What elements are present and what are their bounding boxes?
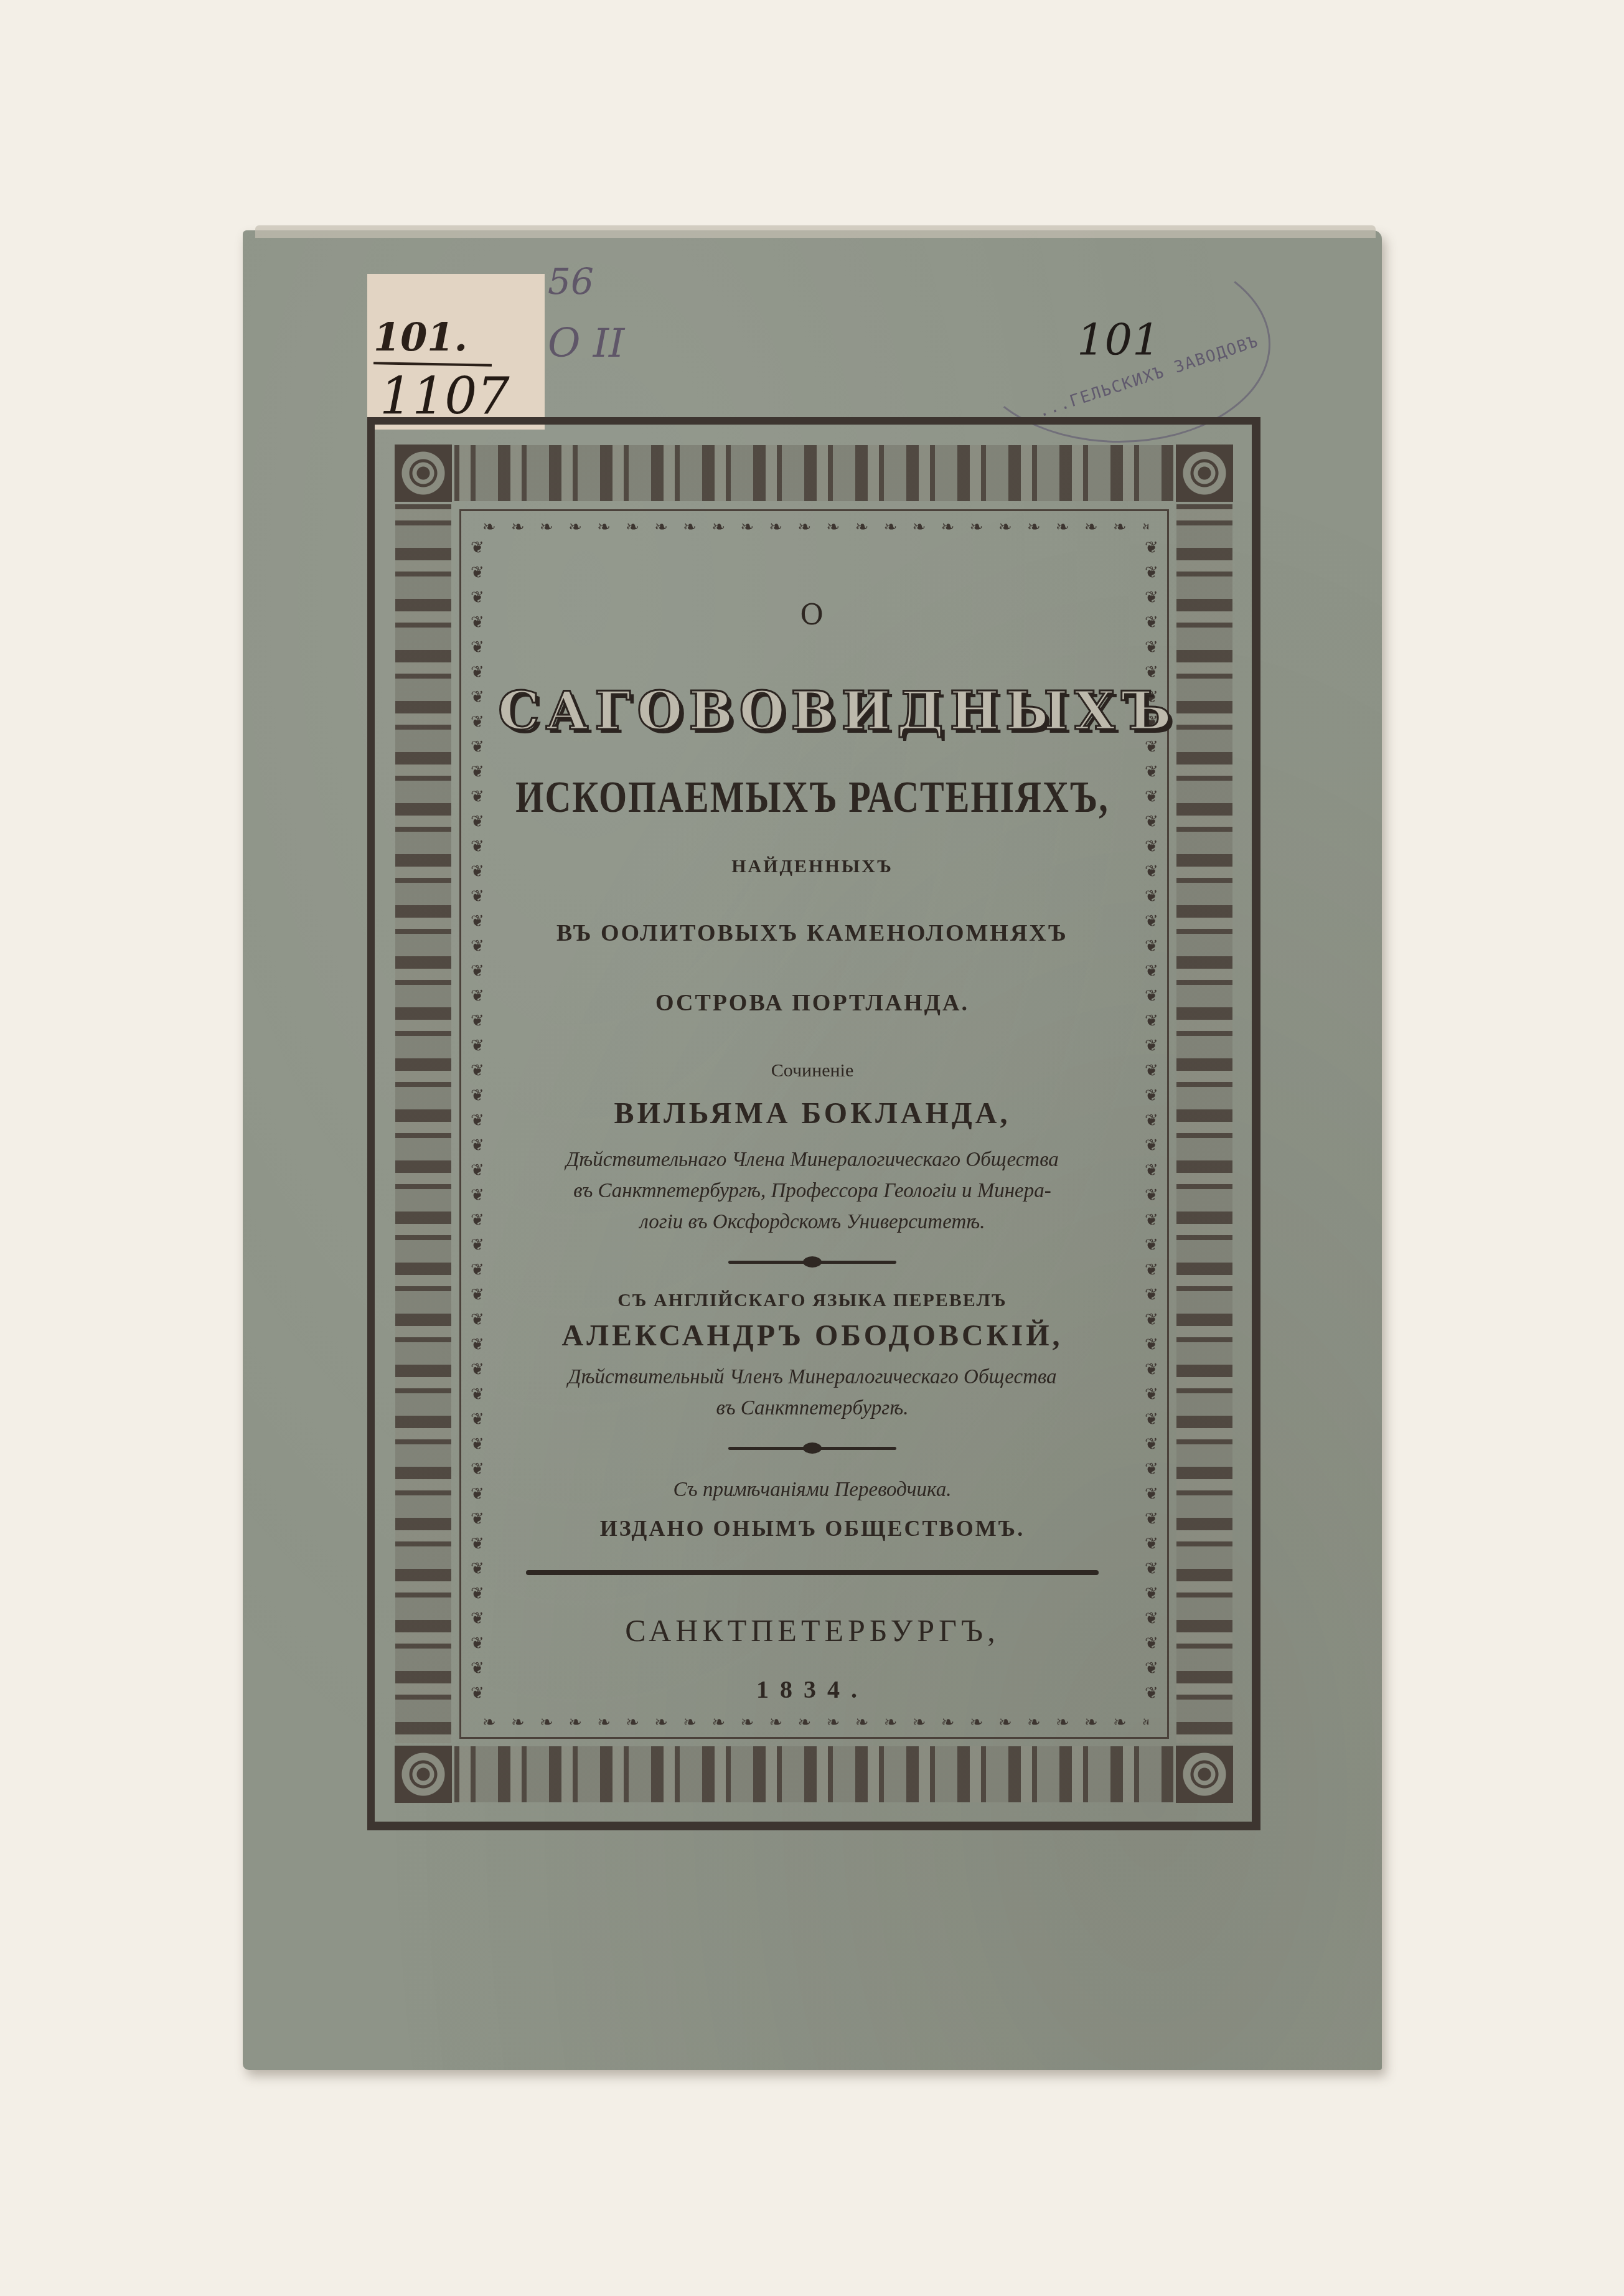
translator-titles: Дѣйствительный Членъ Минералогическаго О… [498,1362,1127,1424]
notes-line: Съ примѣчаніями Переводчика. [498,1479,1127,1502]
long-divider [526,1570,1099,1575]
location-line-1: ВЪ ООЛИТОВЫХЪ КАМЕНОЛОМНЯХЪ [498,920,1127,947]
works-label: Сочиненіе [498,1060,1127,1081]
scroll-ornament-row-bottom: ❧ ❧ ❧ ❧ ❧ ❧ ❧ ❧ ❧ ❧ ❧ ❧ ❧ ❧ ❧ ❧ ❧ ❧ ❧ ❧ … [482,1713,1148,1729]
title-page: О САГОВОВИДНЫХЪ ИСКОПАЕМЫХЪ РАСТЕНІЯХЪ, … [498,548,1127,1704]
rosette-icon [1176,1746,1233,1803]
pencil-note-top: 56 [548,260,594,303]
rosette-icon [395,445,452,502]
pencil-note-bottom: O II [548,321,624,367]
label-shelf-number: 101. [373,314,467,360]
acanthus-band-top [454,445,1173,501]
subtitle: ИСКОПАЕМЫХЪ РАСТЕНІЯХЪ, [498,771,1127,823]
found-line: НАЙДЕННЫХЪ [498,856,1127,877]
title-preposition: О [498,598,1127,631]
acanthus-band-bottom [454,1746,1173,1802]
author-title-line: въ Санктпетербургѣ, Профессора Геологіи … [498,1175,1127,1207]
acanthus-band-left [395,504,451,1743]
author-title-line: Дѣйствительнаго Члена Минералогическаго … [498,1144,1127,1175]
ornamental-divider [728,1442,896,1454]
translated-label: СЪ АНГЛІЙСКАГО ЯЗЫКА ПЕРЕВЕЛЪ [498,1290,1127,1311]
main-title: САГОВОВИДНЫХЪ [498,680,1127,741]
publisher-line: ИЗДАНО ОНЫМЪ ОБЩЕСТВОМЪ. [498,1515,1127,1541]
author-titles: Дѣйствительнаго Члена Минералогическаго … [498,1144,1127,1238]
worn-top-edge [255,225,1376,238]
translator-title-line: въ Санктпетербургѣ. [498,1393,1127,1424]
imprint-year: 1834. [498,1675,1127,1704]
rosette-icon [395,1746,452,1803]
translator-title-line: Дѣйствительный Членъ Минералогическаго О… [498,1362,1127,1393]
author-title-line: логіи въ Оксфордскомъ Университетѣ. [498,1207,1127,1238]
translator-name: АЛЕКСАНДРЪ ОБОДОВСКІЙ, [498,1319,1127,1353]
ornamental-divider [728,1256,896,1268]
author-name: ВИЛЬЯМА БОКЛАНДА, [498,1096,1127,1131]
location-line-2: ОСТРОВА ПОРТЛАНДА. [498,989,1127,1017]
acanthus-band-right [1176,504,1232,1743]
rosette-icon [1176,445,1233,502]
scroll-ornament-row-top: ❧ ❧ ❧ ❧ ❧ ❧ ❧ ❧ ❧ ❧ ❧ ❧ ❧ ❧ ❧ ❧ ❧ ❧ ❧ ❧ … [482,518,1148,534]
imprint-city: САНКТПЕТЕРБУРГЪ, [498,1612,1127,1649]
scroll-ornament-col-left: ❦ ❦ ❦ ❦ ❦ ❦ ❦ ❦ ❦ ❦ ❦ ❦ ❦ ❦ ❦ ❦ ❦ ❦ ❦ ❦ … [468,535,487,1712]
